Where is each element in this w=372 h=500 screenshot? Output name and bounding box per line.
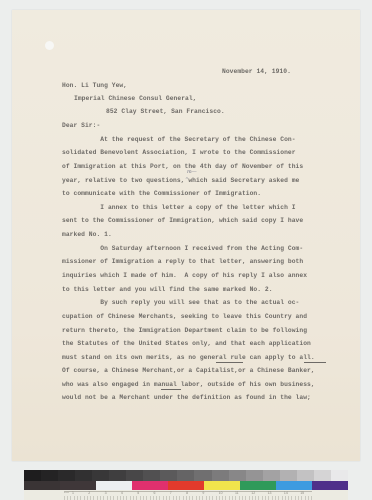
ruler-number: 12 xyxy=(251,491,255,495)
body-line: sent to the Commissioner of Immigration,… xyxy=(62,217,303,224)
color-swatch xyxy=(24,481,60,490)
ruler-number: 7 xyxy=(170,491,172,495)
color-swatch xyxy=(240,481,276,490)
gray-swatch xyxy=(297,470,314,481)
body-line: year, relative to two questions, which s… xyxy=(62,177,299,184)
gray-swatch xyxy=(194,470,211,481)
gray-swatch xyxy=(24,470,41,481)
body-line: By such reply you will see that as to th… xyxy=(62,299,299,306)
color-swatch xyxy=(132,481,168,490)
color-swatch xyxy=(96,481,132,490)
ruler-number: 3 xyxy=(105,491,107,495)
gray-swatch xyxy=(143,470,160,481)
underline-manual xyxy=(161,389,181,390)
gray-swatch xyxy=(246,470,263,481)
body-line: At the request of the Secretary of the C… xyxy=(62,136,296,143)
recipient-name: Hon. Li Tung Yew, xyxy=(62,82,127,89)
body-line: return thereto, the Immigration Departme… xyxy=(62,327,307,334)
gray-swatch xyxy=(212,470,229,481)
punch-hole xyxy=(45,41,54,50)
underline-to-all xyxy=(304,362,326,363)
ruler-number: 10 xyxy=(219,491,223,495)
grayscale-calibration-bar xyxy=(24,470,348,481)
color-swatch xyxy=(204,481,240,490)
body-line: solidated Benevolent Association, I wrot… xyxy=(62,149,296,156)
gray-swatch xyxy=(126,470,143,481)
body-line: must stand on its own merits, as no gene… xyxy=(62,354,315,361)
gray-swatch xyxy=(58,470,75,481)
gray-swatch xyxy=(229,470,246,481)
underline-general xyxy=(216,362,243,363)
gray-swatch xyxy=(41,470,58,481)
ruler-number: 14 xyxy=(284,491,288,495)
gray-swatch xyxy=(177,470,194,481)
gray-swatch xyxy=(314,470,331,481)
body-line: to communicate with the Commissioner of … xyxy=(62,190,261,197)
body-line: I annex to this letter a copy of the let… xyxy=(62,204,296,211)
body-line: of Immigration at this Port, on the 4th … xyxy=(62,163,303,170)
body-line: who was also engaged in manual labor, ou… xyxy=(62,381,315,388)
body-line: marked No. 1. xyxy=(62,231,112,238)
body-line: On Saturday afternoon I received from th… xyxy=(62,245,303,252)
body-line: Of course, a Chinese Merchant,or a Capit… xyxy=(62,367,315,374)
body-line: the Statutes of the United States only, … xyxy=(62,340,311,347)
gray-swatch xyxy=(92,470,109,481)
gray-swatch xyxy=(109,470,126,481)
gray-swatch xyxy=(331,470,348,481)
ruler-number: 9 xyxy=(202,491,204,495)
color-swatch xyxy=(168,481,204,490)
ruler-number: 5 xyxy=(137,491,139,495)
cm-ruler: cm 123456789101112131415 xyxy=(24,490,348,500)
recipient-title: Imperial Chinese Consul General, xyxy=(74,95,197,102)
color-swatch xyxy=(312,481,348,490)
ruler-number: 11 xyxy=(235,491,239,495)
ruler-number: 8 xyxy=(186,491,188,495)
gray-swatch xyxy=(280,470,297,481)
gray-swatch xyxy=(263,470,280,481)
ruler-number: 4 xyxy=(121,491,123,495)
body-line: cupation of Chinese Merchants, seeking t… xyxy=(62,313,307,320)
body-line: to this letter and you will find the sam… xyxy=(62,286,273,293)
gray-swatch xyxy=(160,470,177,481)
color-swatch xyxy=(276,481,312,490)
body-line: missioner of Immigration a reply to that… xyxy=(62,258,303,265)
color-calibration-bar xyxy=(24,481,348,490)
ruler-number: 13 xyxy=(268,491,272,495)
body-line: inquiries which I made of him. A copy of… xyxy=(62,272,307,279)
recipient-address: 852 Clay Street, San Francisco. xyxy=(106,108,225,115)
ruler-number: 1 xyxy=(72,491,74,495)
caret-mark: ⌃ xyxy=(184,177,188,183)
color-swatch xyxy=(60,481,96,490)
salutation: Dear Sir:- xyxy=(62,122,100,129)
ruler-number: 6 xyxy=(154,491,156,495)
gray-swatch xyxy=(75,470,92,481)
body-line: would not be a Merchant under the defini… xyxy=(62,394,311,401)
handwritten-annotation: m— xyxy=(187,169,197,175)
ruler-number: 15 xyxy=(300,491,304,495)
letter-date: November 14, 1910. xyxy=(222,68,291,75)
ruler-number: 2 xyxy=(88,491,90,495)
ruler-scale: 123456789101112131415 xyxy=(64,491,312,500)
